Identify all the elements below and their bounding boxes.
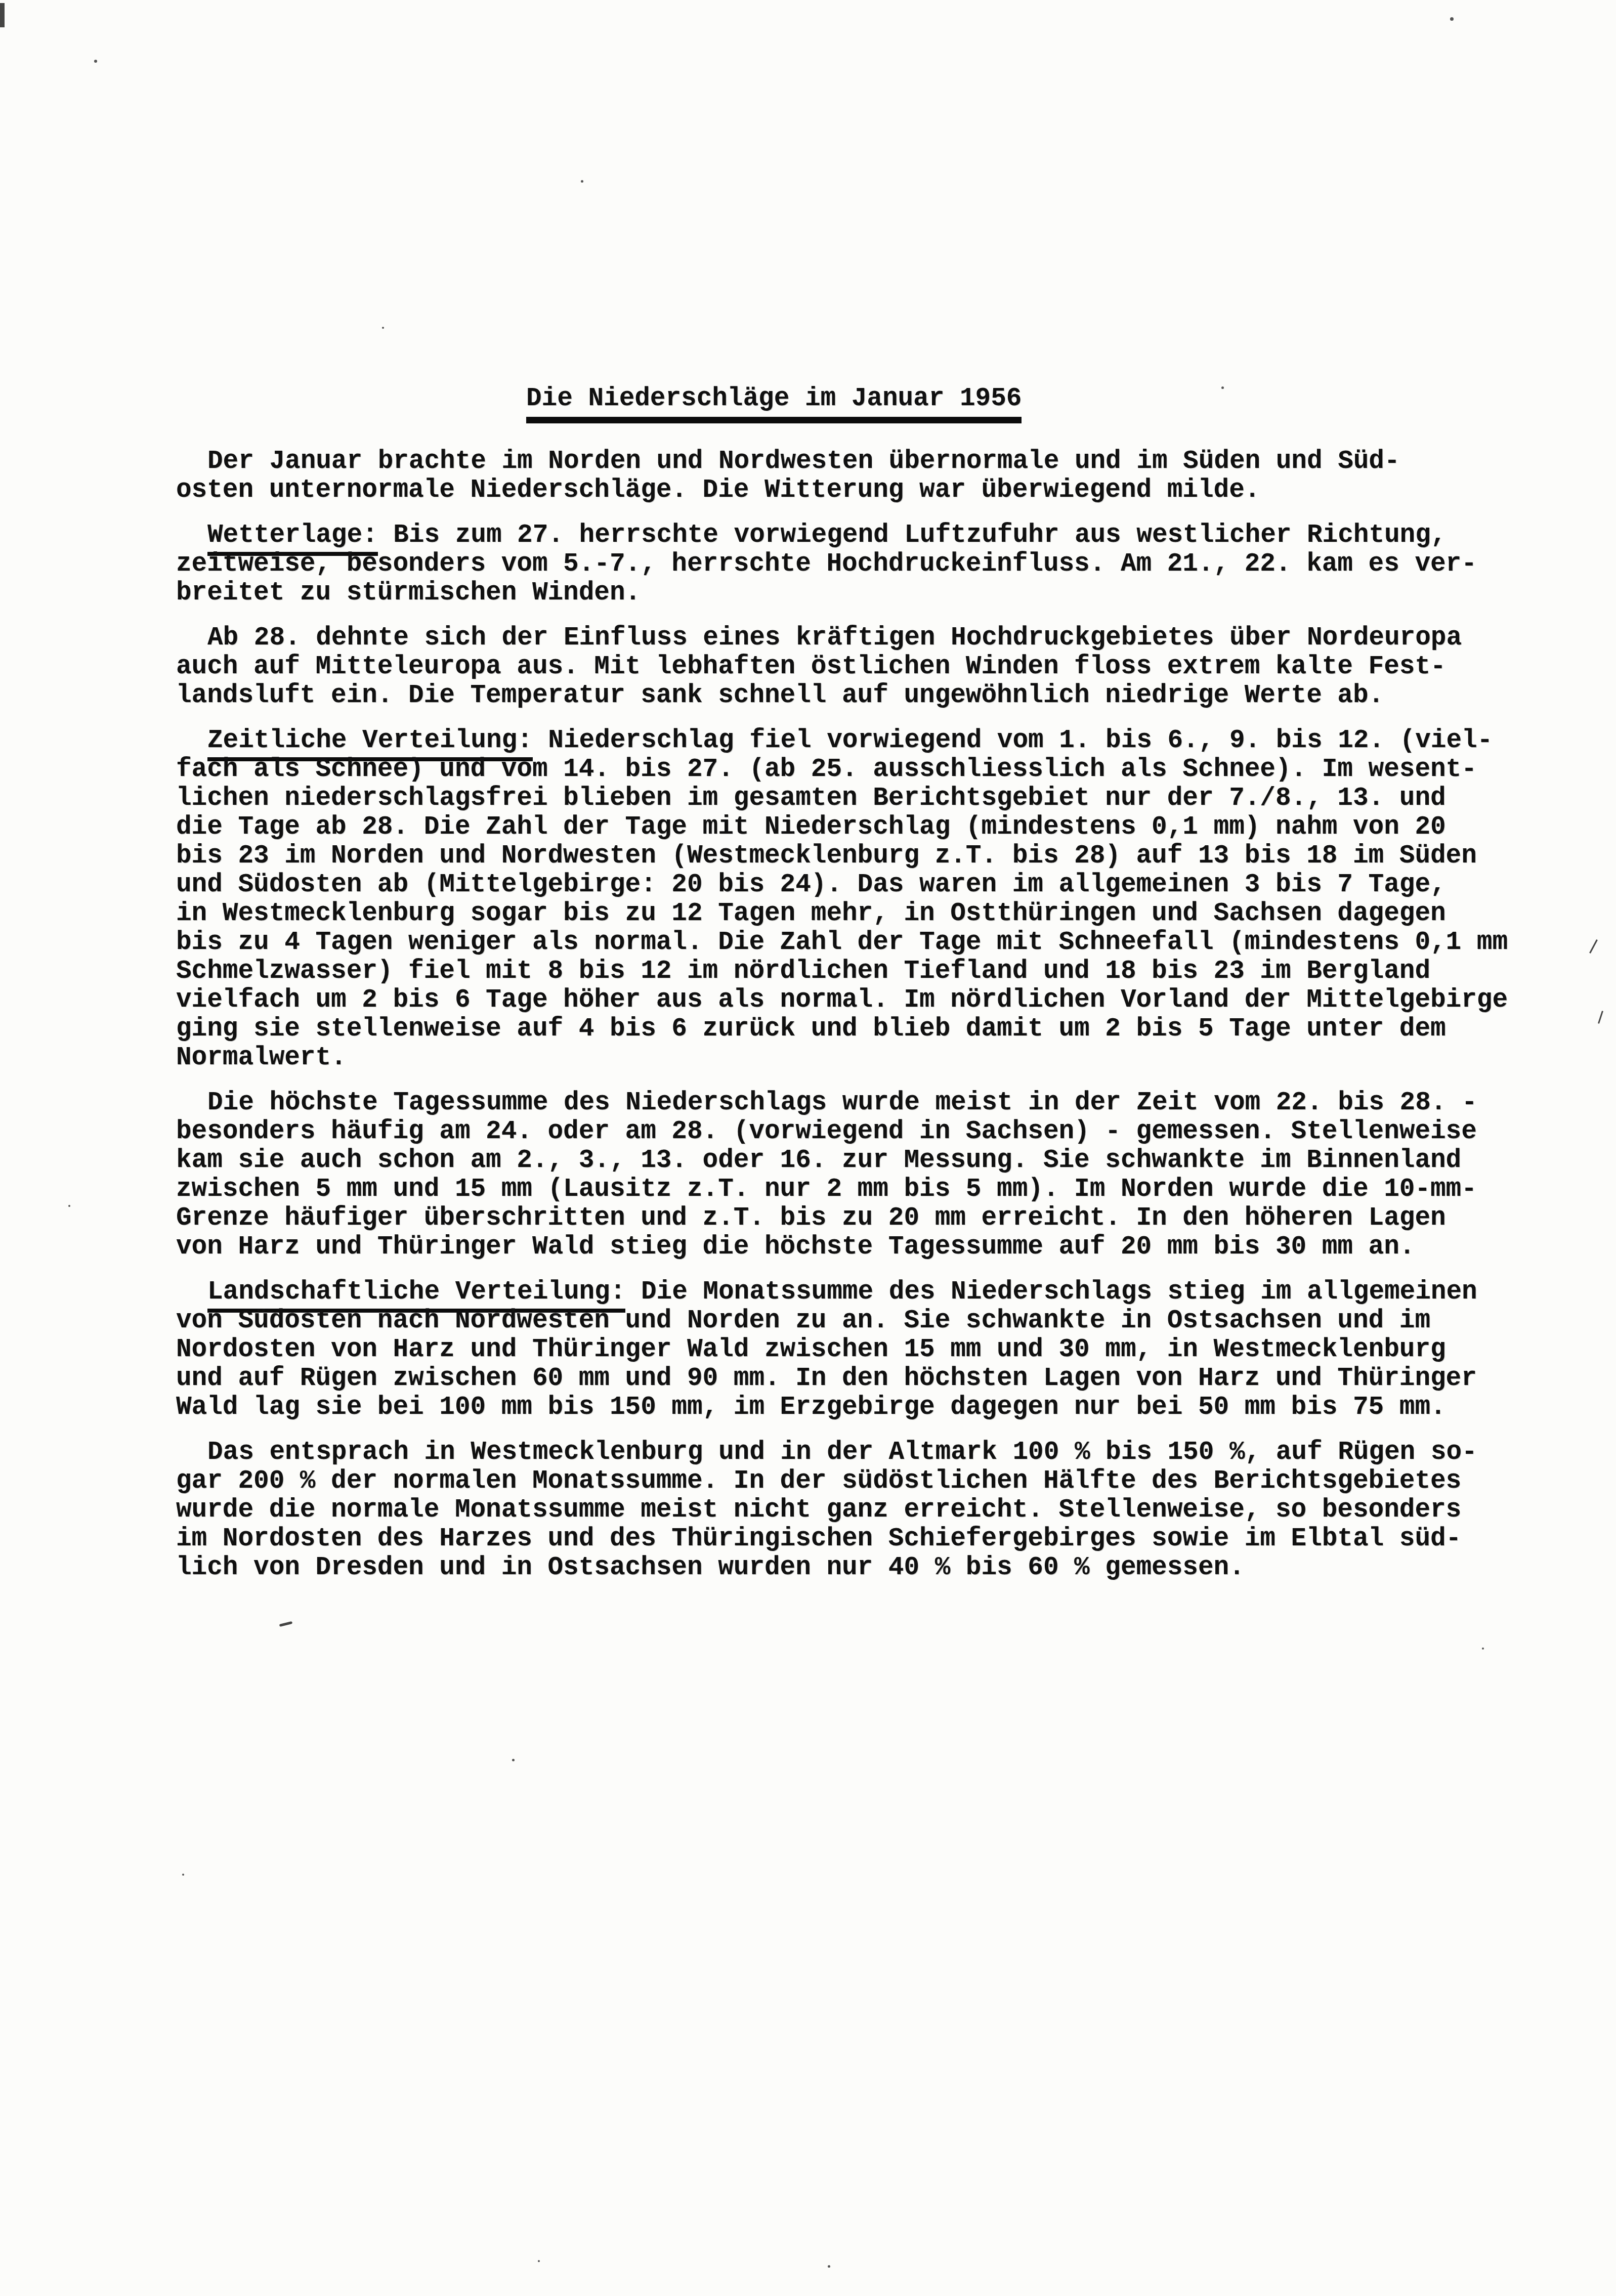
text-line: von Südosten nach Nordwesten und Norden … [176, 1307, 1542, 1335]
document-body: Der Januar brachte im Norden und Nordwes… [176, 447, 1542, 1598]
text-line: landsluft ein. Die Temperatur sank schne… [176, 681, 1542, 710]
text-line: Grenze häufiger überschritten und z.T. b… [176, 1204, 1542, 1233]
text-line: besonders häufig am 24. oder am 28. (vor… [176, 1117, 1542, 1146]
scan-speck [182, 1874, 184, 1876]
scan-speck [1221, 386, 1224, 389]
paragraph-zeitliche-verteilung: Zeitliche Verteilung: Niederschlag fiel … [176, 726, 1542, 1072]
text-line: vielfach um 2 bis 6 Tage höher aus als n… [176, 986, 1542, 1015]
scan-speck [1450, 17, 1454, 21]
scan-speck [279, 1621, 292, 1627]
text-line: zeitweise, besonders vom 5.-7., herrscht… [176, 550, 1542, 579]
text-line: Schmelzwasser) fiel mit 8 bis 12 im nörd… [176, 957, 1542, 986]
scan-speck [1589, 939, 1598, 954]
text-line: Die höchste Tagessumme des Niederschlags… [176, 1089, 1542, 1117]
scan-speck [382, 327, 384, 329]
text-run: Die Monatssumme des Niederschlags stieg … [625, 1278, 1477, 1307]
scan-speck [0, 3, 5, 27]
text-line: gar 200 % der normalen Monatssumme. In d… [176, 1467, 1542, 1496]
text-line: bis zu 4 Tagen weniger als normal. Die Z… [176, 928, 1542, 957]
paragraph-ab-28: Ab 28. dehnte sich der Einfluss eines kr… [176, 624, 1542, 710]
text-line: osten unternormale Niederschläge. Die Wi… [176, 476, 1542, 505]
paragraph-intro: Der Januar brachte im Norden und Nordwes… [176, 447, 1542, 505]
text-line: breitet zu stürmischen Winden. [176, 579, 1542, 608]
text-line: im Nordosten des Harzes und des Thüringi… [176, 1525, 1542, 1553]
text-line: fach als Schnee) und vom 14. bis 27. (ab… [176, 755, 1542, 784]
paragraph-prozente: Das entsprach in Westmecklenburg und in … [176, 1438, 1542, 1582]
scan-speck [1482, 1648, 1484, 1650]
text-line: kam sie auch schon am 2., 3., 13. oder 1… [176, 1146, 1542, 1175]
text-line: Landschaftliche Verteilung: Die Monatssu… [176, 1278, 1542, 1307]
text-line: in Westmecklenburg sogar bis zu 12 Tagen… [176, 899, 1542, 928]
scanned-page: Die Niederschläge im Januar 1956 Der Jan… [0, 0, 1616, 2296]
scan-speck [581, 180, 583, 183]
text-line: Nordosten von Harz und Thüringer Wald zw… [176, 1335, 1542, 1364]
text-line: und Südosten ab (Mittelgebirge: 20 bis 2… [176, 871, 1542, 899]
text-line: zwischen 5 mm und 15 mm (Lausitz z.T. nu… [176, 1175, 1542, 1204]
text-line: ging sie stellenweise auf 4 bis 6 zurück… [176, 1015, 1542, 1044]
text-run: Niederschlag fiel vorwiegend vom 1. bis … [533, 726, 1493, 755]
text-line: bis 23 im Norden und Nordwesten (Westmec… [176, 842, 1542, 871]
scan-speck [828, 2265, 830, 2268]
text-line: auch auf Mitteleuropa aus. Mit lebhaften… [176, 653, 1542, 681]
text-line: Der Januar brachte im Norden und Nordwes… [176, 447, 1542, 476]
scan-speck [94, 60, 97, 63]
text-line: Wald lag sie bei 100 mm bis 150 mm, im E… [176, 1393, 1542, 1422]
text-line: lichen niederschlagsfrei blieben im gesa… [176, 784, 1542, 813]
text-line: wurde die normale Monatssumme meist nich… [176, 1496, 1542, 1525]
scan-speck [538, 2260, 540, 2262]
text-line: Ab 28. dehnte sich der Einfluss eines kr… [176, 624, 1542, 653]
paragraph-hoechste-tagessumme: Die höchste Tagessumme des Niederschlags… [176, 1089, 1542, 1262]
text-line: die Tage ab 28. Die Zahl der Tage mit Ni… [176, 813, 1542, 842]
text-line: Das entsprach in Westmecklenburg und in … [176, 1438, 1542, 1467]
paragraph-wetterlage: Wetterlage: Bis zum 27. herrschte vorwie… [176, 521, 1542, 608]
document-title-text: Die Niederschläge im Januar 1956 [526, 384, 1022, 423]
paragraph-landschaftliche-verteilung: Landschaftliche Verteilung: Die Monatssu… [176, 1278, 1542, 1422]
text-line: und auf Rügen zwischen 60 mm und 90 mm. … [176, 1364, 1542, 1393]
text-line: lich von Dresden und in Ostsachsen wurde… [176, 1553, 1542, 1582]
document-title: Die Niederschläge im Januar 1956 [526, 384, 1022, 413]
text-line: Wetterlage: Bis zum 27. herrschte vorwie… [176, 521, 1542, 550]
text-line: Normalwert. [176, 1044, 1542, 1072]
scan-speck [1598, 1011, 1603, 1024]
scan-speck [68, 1205, 70, 1207]
text-run: Bis zum 27. herrschte vorwiegend Luftzuf… [378, 521, 1447, 550]
scan-speck [512, 1759, 515, 1761]
text-line: Zeitliche Verteilung: Niederschlag fiel … [176, 726, 1542, 755]
text-line: von Harz und Thüringer Wald stieg die hö… [176, 1233, 1542, 1262]
